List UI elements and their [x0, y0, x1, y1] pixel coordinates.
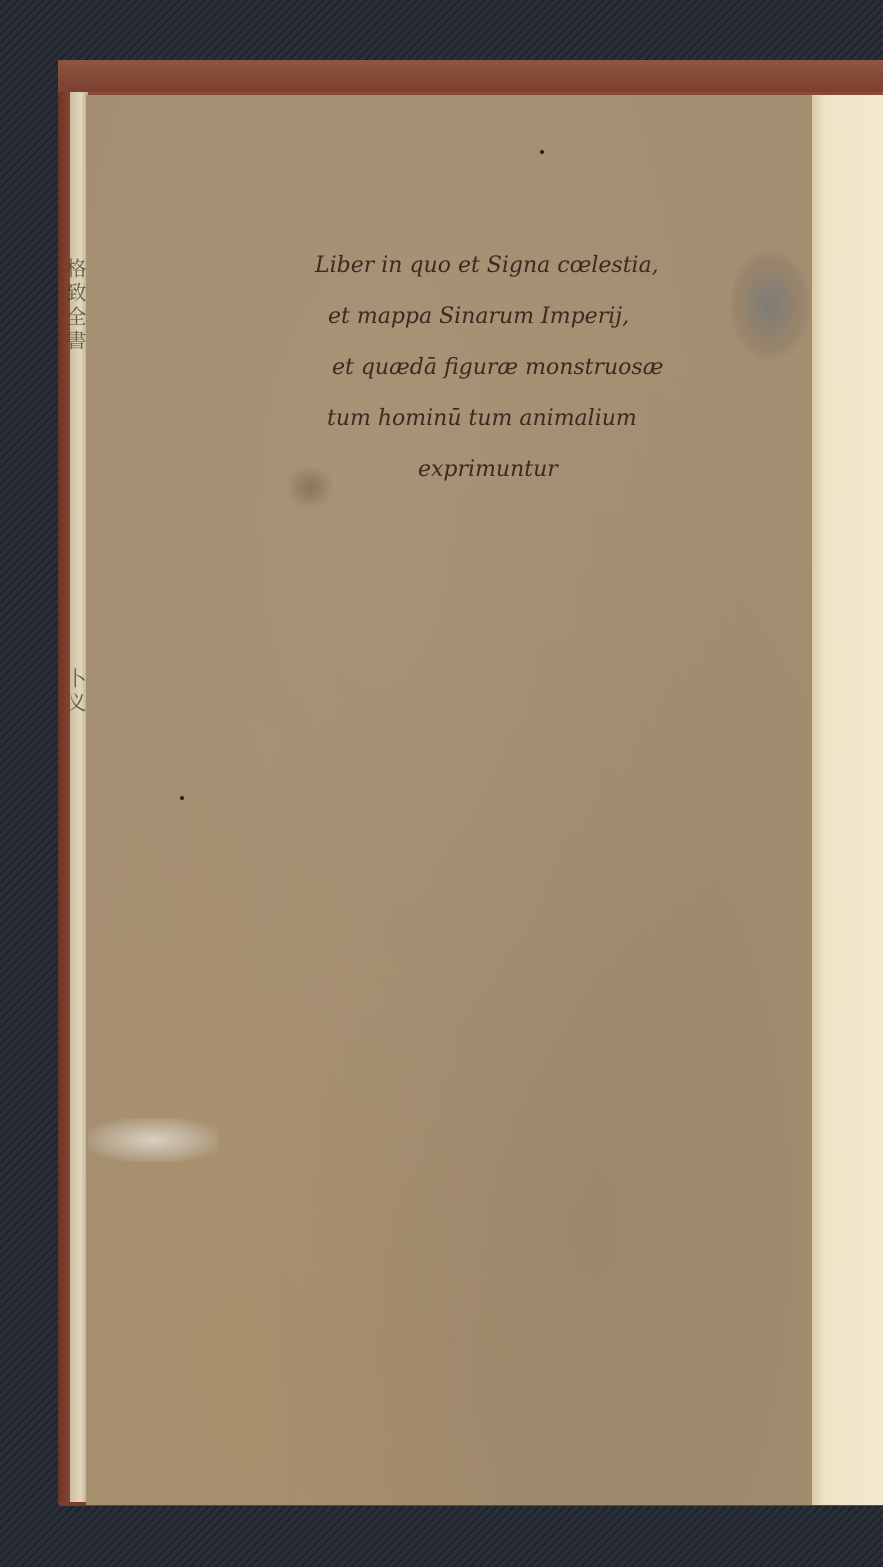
ink-speck [540, 150, 544, 154]
inscription-line: et mappa Sinarum Imperij, [310, 291, 720, 342]
inscription-line: exprimuntur [310, 444, 720, 495]
inscription-line: Liber in quo et Signa cœlestia, [310, 240, 720, 291]
inscription-line: tum hominū tum animalium [310, 393, 720, 444]
paper-abrasion [88, 1118, 218, 1162]
right-page-edge [812, 95, 883, 1505]
water-stain [730, 250, 810, 360]
inscription-line: et quædā figuræ monstruosæ [310, 342, 720, 393]
handwritten-inscription: Liber in quo et Signa cœlestia, et mappa… [310, 240, 720, 495]
ink-speck [180, 796, 184, 800]
binding-top-edge [58, 60, 883, 92]
